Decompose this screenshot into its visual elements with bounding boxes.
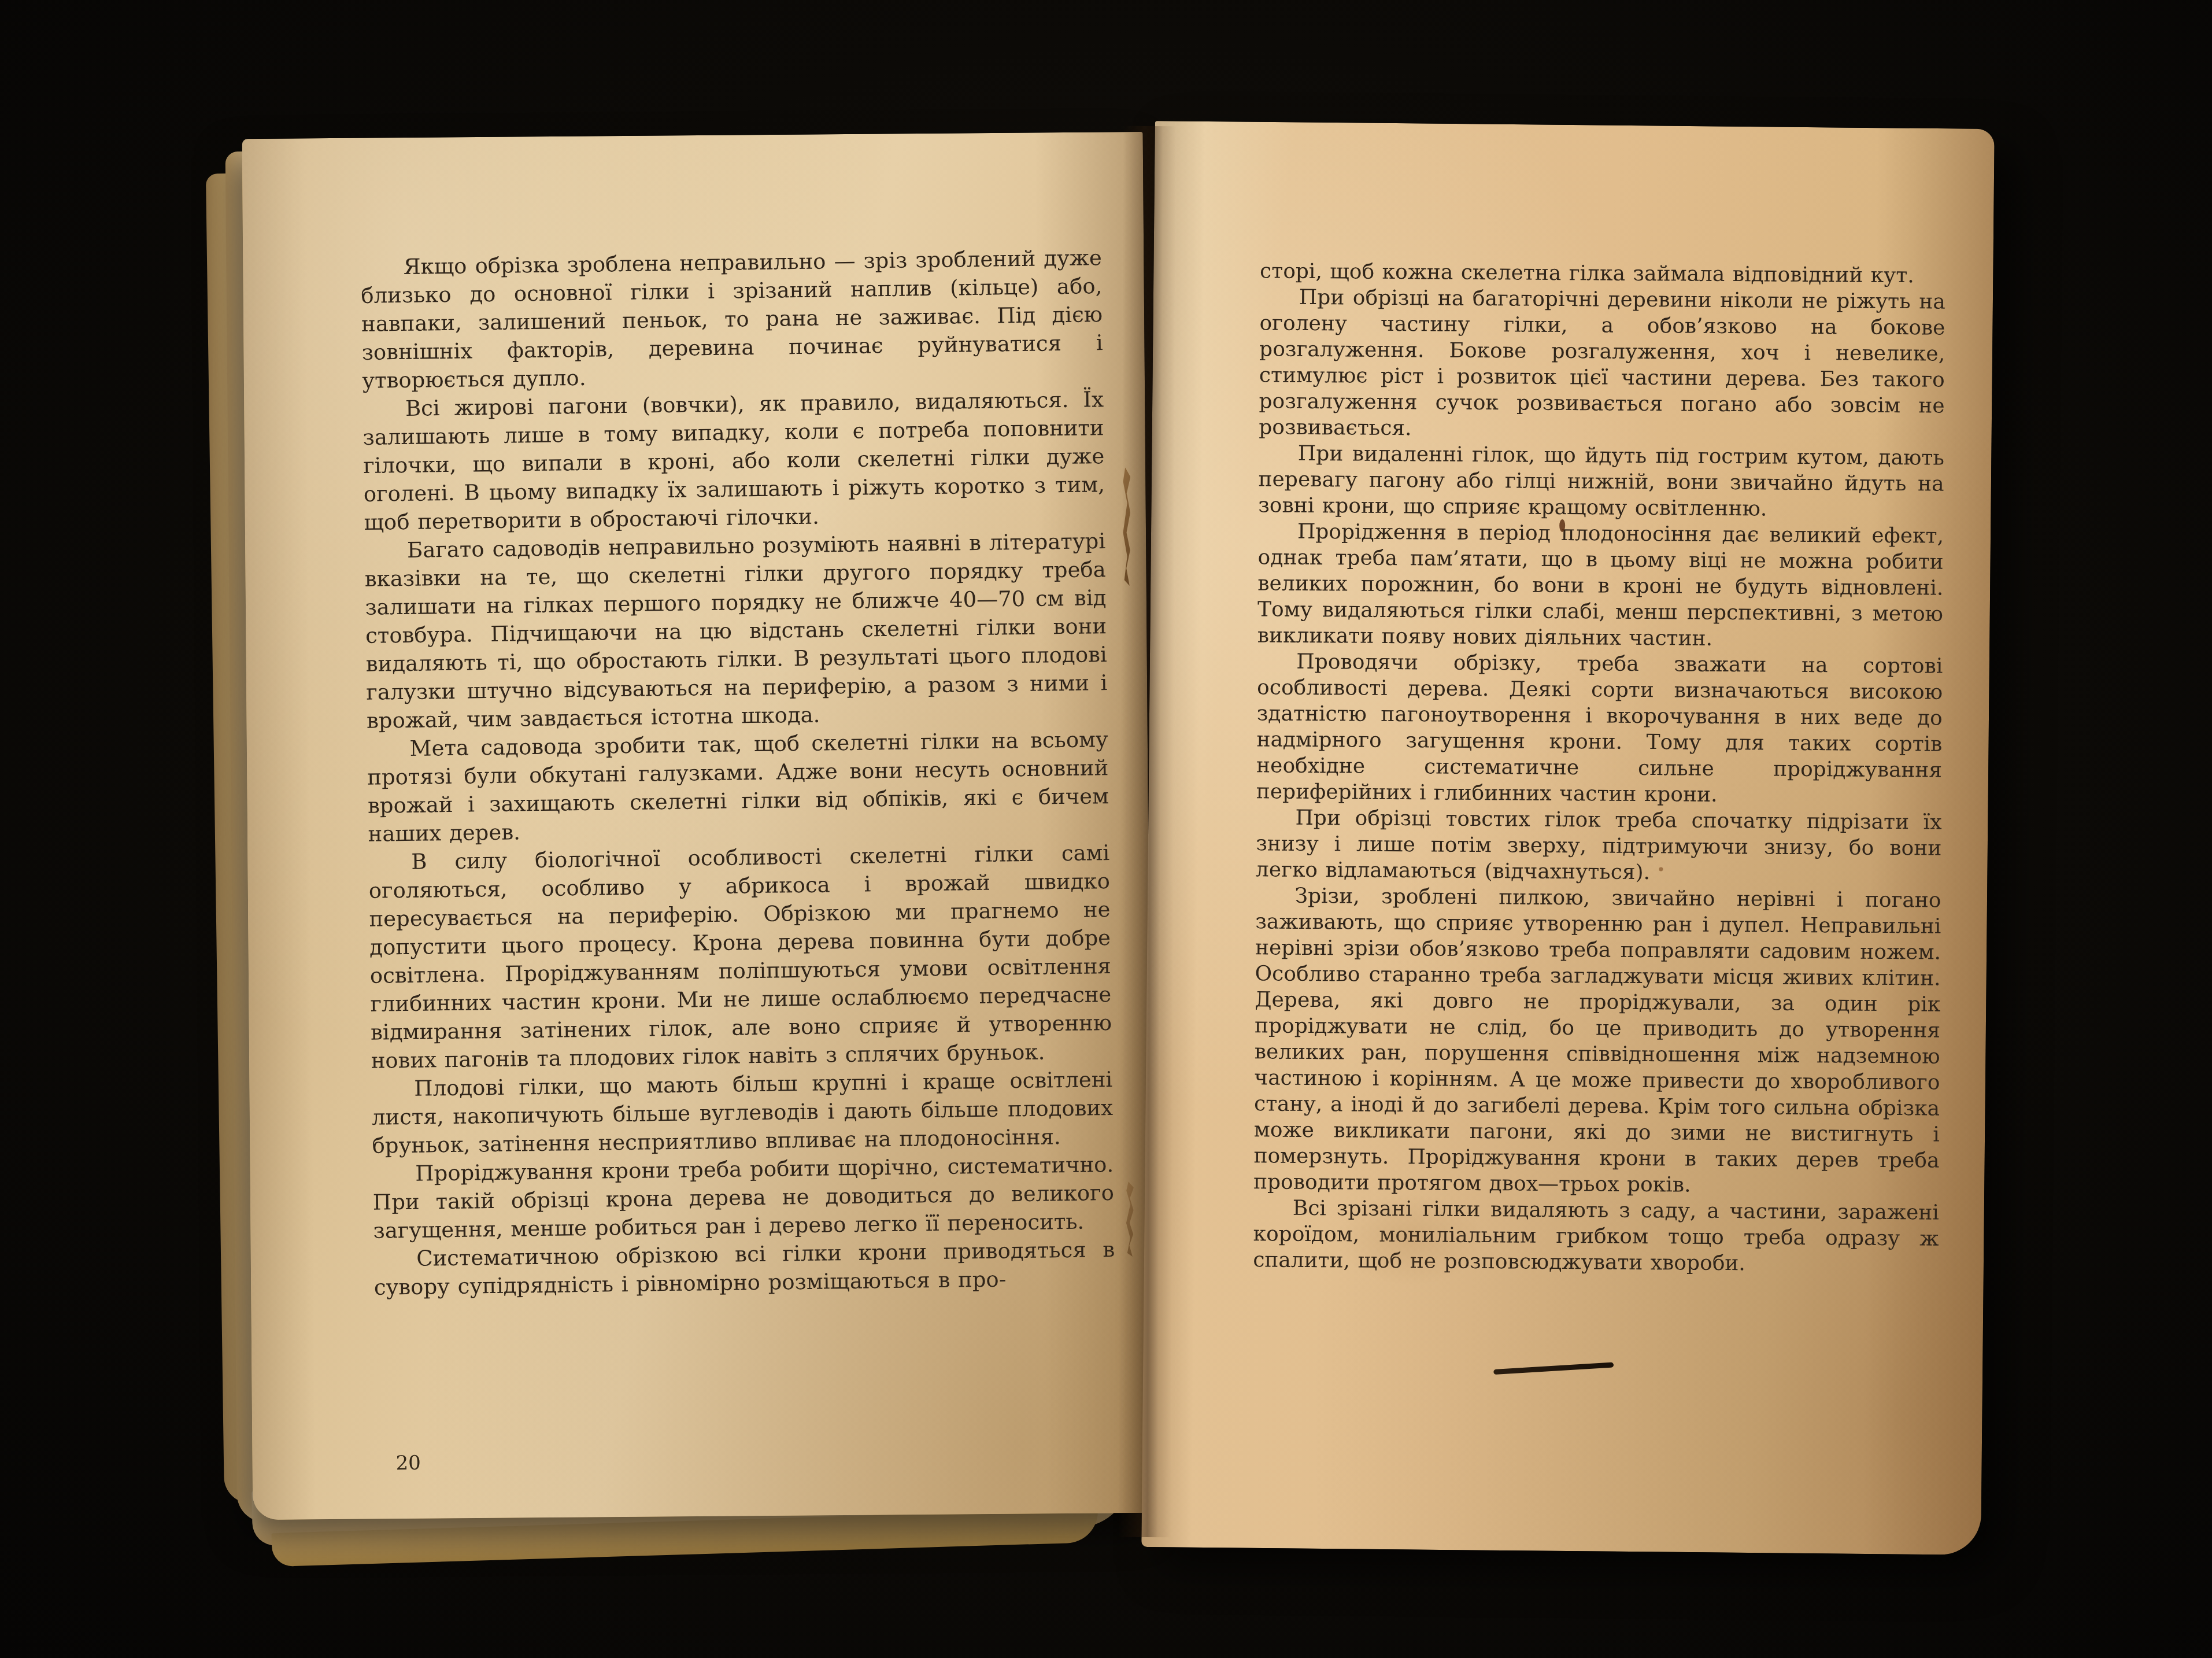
paragraph: Проводячи обрізку, треба зважати на сорт… xyxy=(1256,648,1943,809)
book-page-left: Якщо обрізка зроблена неправильно — зріз… xyxy=(242,132,1154,1520)
paragraph: Систематичною обрізкою всі гілки крони п… xyxy=(373,1235,1115,1302)
paragraph: В силу біологічної особливості скелетні … xyxy=(368,839,1112,1075)
paragraph: При обрізці на багаторічні деревини ніко… xyxy=(1259,284,1945,445)
right-page-text-block: сторі, щоб кожна скелетна гілка займала … xyxy=(1253,258,1945,1277)
paragraph: Якщо обрізка зроблена неправильно — зріз… xyxy=(360,243,1103,395)
paragraph: Прорідження в період плодоносіння дає ве… xyxy=(1257,518,1944,653)
paragraph: При видаленні гілок, що йдуть під гостри… xyxy=(1258,440,1944,523)
paper-blemish xyxy=(1335,1192,1486,1286)
section-divider-rule xyxy=(1493,1362,1614,1375)
paragraph: Мета садовода зробити так, щоб скелетні … xyxy=(367,725,1109,848)
paragraph: Всі жирові пагони (вовчки), як правило, … xyxy=(362,385,1105,537)
paragraph: При обрізці товстих гілок треба спочатку… xyxy=(1256,804,1942,887)
paragraph: Проріджування крони треба робити щорічно… xyxy=(372,1150,1115,1245)
book-page-right: сторі, щоб кожна скелетна гілка займала … xyxy=(1141,121,1995,1555)
paragraph: Багато садоводів неправильно розуміють н… xyxy=(364,527,1108,735)
paragraph: Зрізи, зроблені пилкою, звичайно нерівні… xyxy=(1253,882,1941,1199)
paper-blemish xyxy=(1659,867,1663,872)
spine-tear-mark xyxy=(1122,467,1131,586)
photo-background: Якщо обрізка зроблена неправильно — зріз… xyxy=(0,0,2212,1658)
paragraph: Плодові гілки, що мають більш крупні і к… xyxy=(371,1065,1114,1160)
spine-tear-mark xyxy=(1125,1181,1134,1257)
book-photo: { "book": { "language": "uk", "left_page… xyxy=(0,0,2212,1658)
left-page-text-block: Якщо обрізка зроблена неправильно — зріз… xyxy=(360,243,1115,1302)
page-number: 20 xyxy=(395,1452,421,1475)
